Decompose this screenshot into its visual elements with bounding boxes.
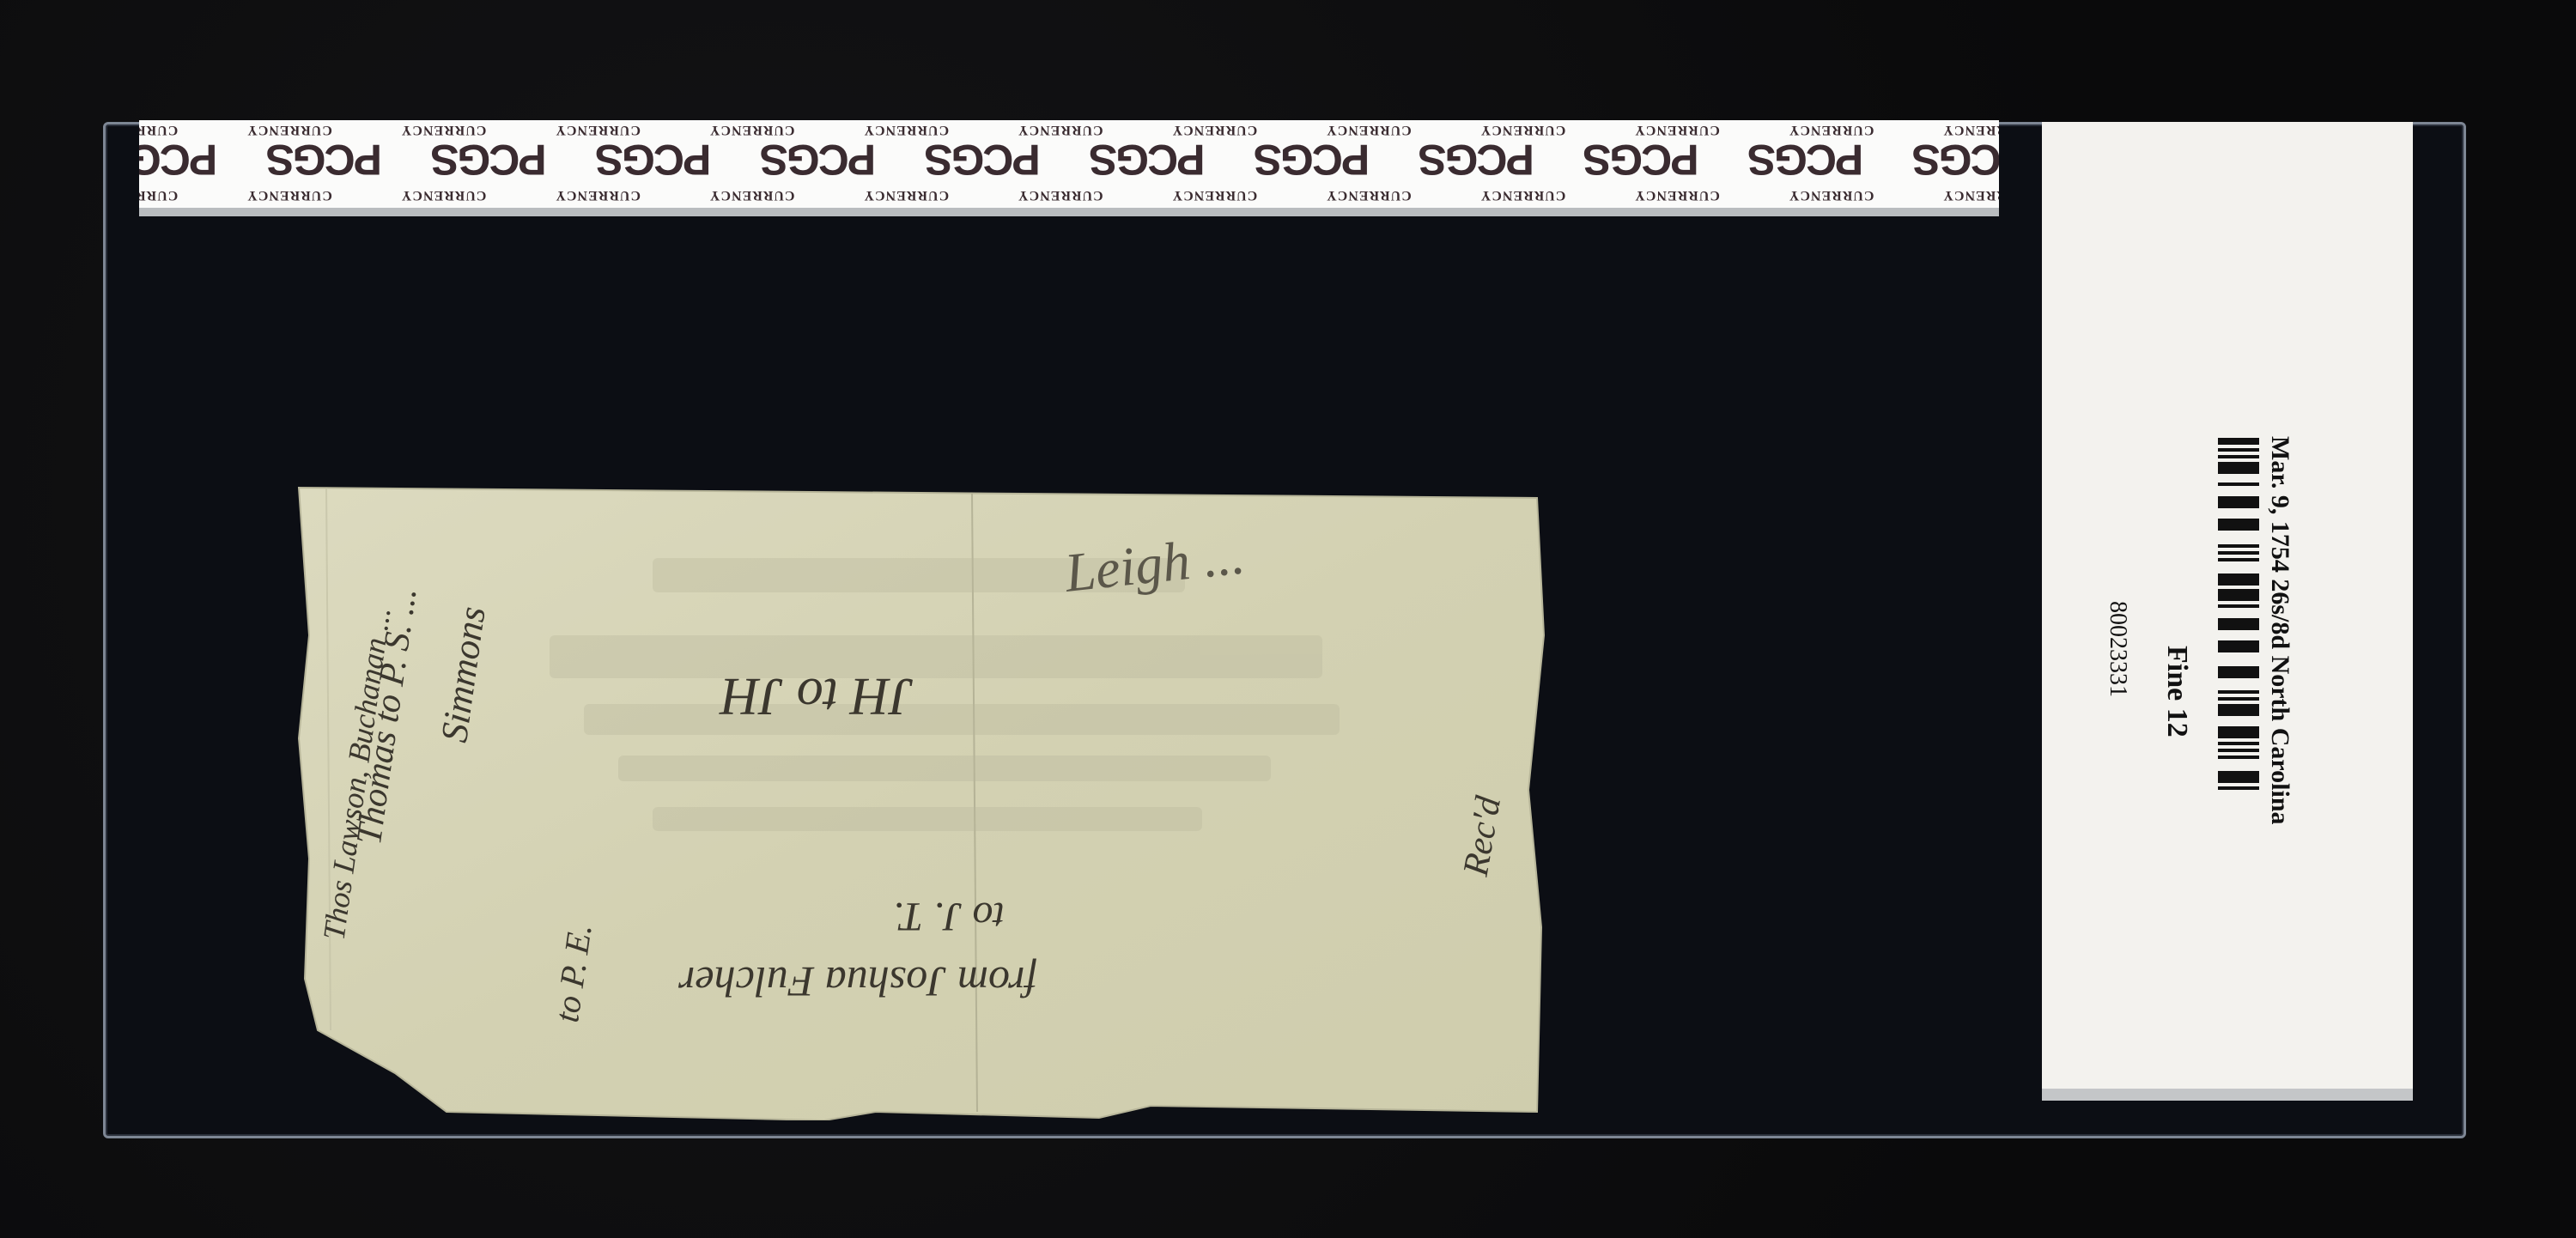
strip-subtext-row: CURRENCYCURRENCYCURRENCYCURRENCYCURRENCY… <box>139 187 1999 203</box>
inscription-bottom-2: to J. T. <box>893 893 1005 940</box>
banknote-paper <box>292 481 1546 1120</box>
barcode-icon <box>2218 438 2259 900</box>
label-grade: Fine 12 <box>2160 646 2193 737</box>
inscription-bottom-1: from Joshua Fulcher <box>678 957 1037 1007</box>
banknote: Leigh ... JH to JH Thos Lawson, Buchanan… <box>292 481 1546 1120</box>
strip-logo-row: PCGSPCGSPCGSPCGSPCGSPCGSPCGSPCGSPCGSPCGS… <box>139 136 1999 184</box>
pcgs-security-strip: CURRENCYCURRENCYCURRENCYCURRENCYCURRENCY… <box>139 120 1999 216</box>
inscription-center: JH to JH <box>721 665 914 726</box>
label-serial-number: 80023331 <box>2104 601 2131 697</box>
label-description: Mar. 9, 1754 26s/8d North Carolina <box>2265 436 2294 825</box>
